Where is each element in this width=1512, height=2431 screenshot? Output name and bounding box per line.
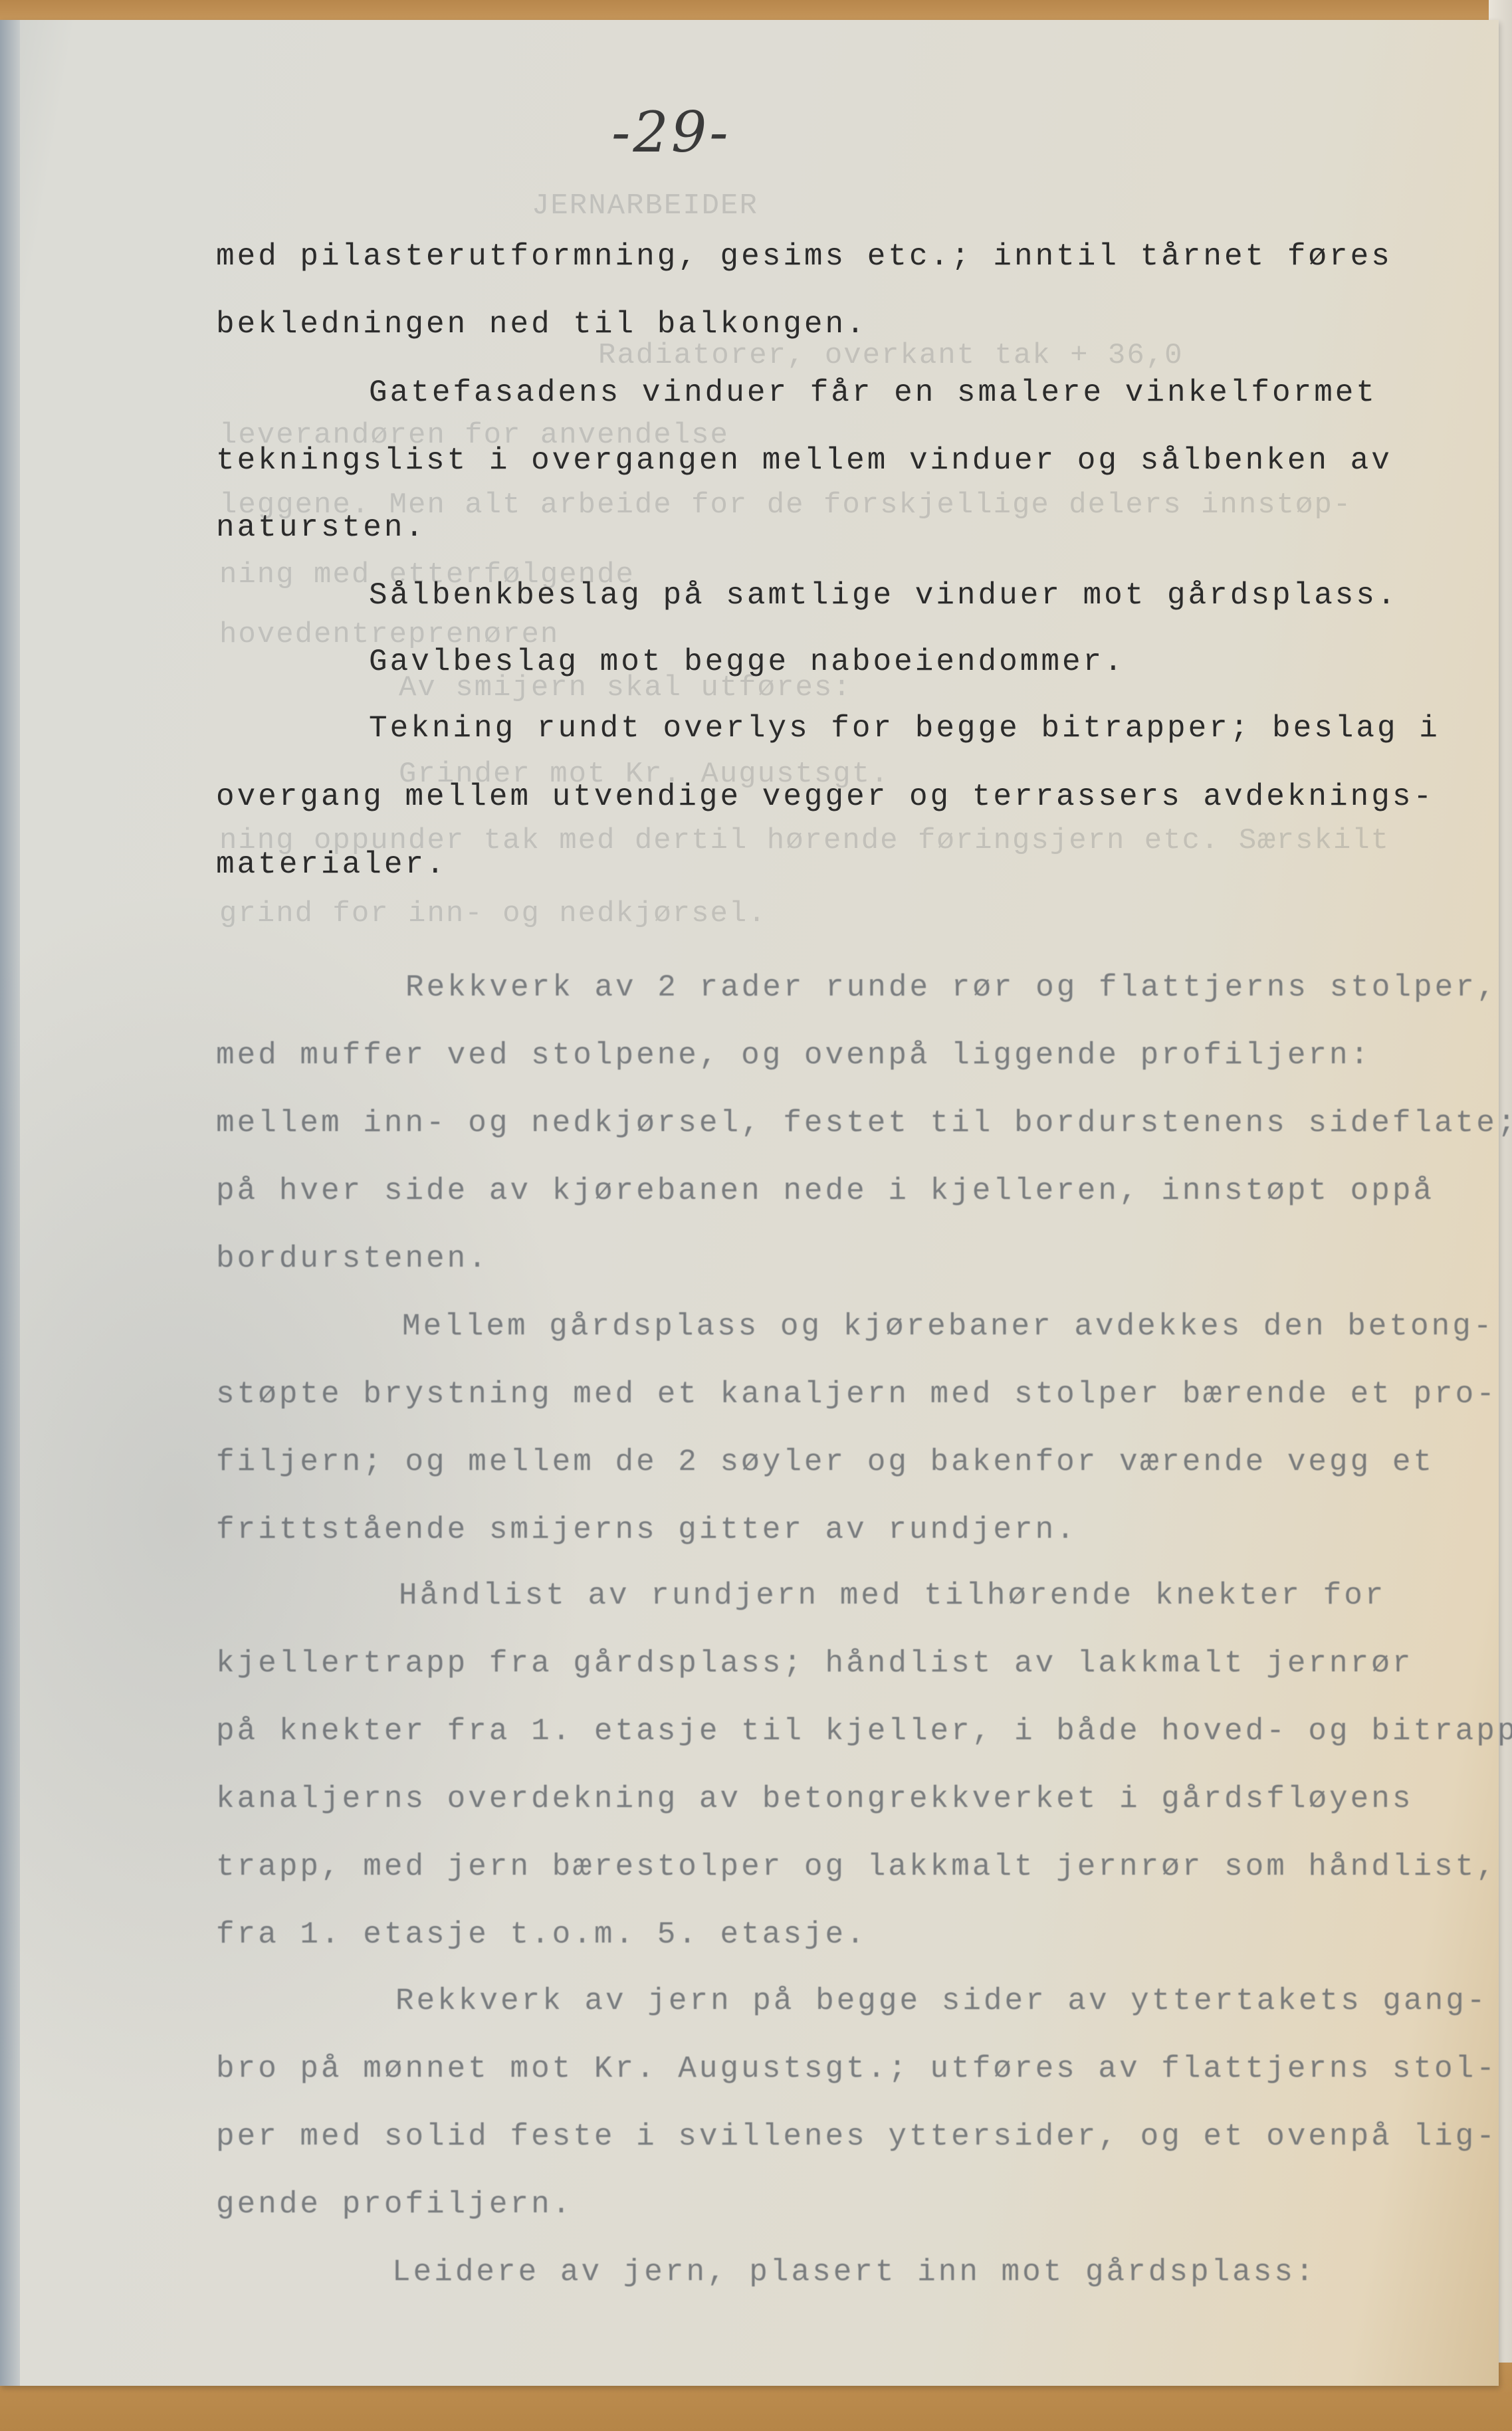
bleed-through-line: grind for inn- og nedkjørsel. xyxy=(219,897,767,930)
bleed-through-line: Radiatorer, overkant tak + 36,0 xyxy=(598,339,1184,372)
bleed-through-line: JERNARBEIDER xyxy=(532,189,758,223)
bleed-through-line: ning oppunder tak med dertil hørende før… xyxy=(219,824,1390,857)
text-line: bro på mønnet mot Kr. Augustsgt.; utføre… xyxy=(216,2052,1497,2086)
text-line: bekledningen ned til balkongen. xyxy=(216,307,867,342)
text-line: per med solid feste i svillenes yttersid… xyxy=(216,2119,1497,2154)
typewritten-page: JERNARBEIDER Radiatorer, overkant tak + … xyxy=(0,20,1499,2386)
text-line: overgang mellem utvendige vegger og terr… xyxy=(216,780,1434,814)
text-line: på knekter fra 1. etasje til kjeller, i … xyxy=(216,1714,1512,1748)
text-line: frittstående smijerns gitter av rundjern… xyxy=(216,1513,1077,1547)
text-line: Gavlbeslag mot begge naboeiendommer. xyxy=(369,645,1125,679)
page-number: -29- xyxy=(611,100,731,165)
text-line: fra 1. etasje t.o.m. 5. etasje. xyxy=(216,1917,867,1952)
text-line: kjellertrapp fra gårdsplass; håndlist av… xyxy=(216,1646,1413,1681)
text-line: gende profiljern. xyxy=(216,2187,573,2222)
text-line: mellem inn- og nedkjørsel, festet til bo… xyxy=(216,1106,1512,1140)
text-line: med muffer ved stolpene, og ovenpå ligge… xyxy=(216,1038,1371,1073)
text-line: bordurstenen. xyxy=(216,1241,489,1276)
text-line: kanaljerns overdekning av betongrekkverk… xyxy=(216,1782,1413,1816)
text-line: tekningslist i overgangen mellem vinduer… xyxy=(216,443,1392,478)
text-line: natursten. xyxy=(216,510,426,545)
text-line: Rekkverk av jern på begge sider av ytter… xyxy=(395,1984,1487,2018)
text-line: med pilasterutformning, gesims etc.; inn… xyxy=(216,239,1392,274)
text-line: trapp, med jern bærestolper og lakkmalt … xyxy=(216,1850,1497,1884)
text-line: Tekning rundt overlys for begge bitrappe… xyxy=(369,711,1440,746)
text-line: Gatefasadens vinduer får en smalere vink… xyxy=(369,375,1377,410)
text-line: Håndlist av rundjern med tilhørende knek… xyxy=(399,1578,1386,1613)
text-line: filjern; og mellem de 2 søyler og bakenf… xyxy=(216,1445,1434,1479)
text-line: Sålbenkbeslag på samtlige vinduer mot gå… xyxy=(369,578,1398,613)
text-line: Rekkverk av 2 rader runde rør og flattje… xyxy=(405,970,1497,1005)
text-line: støpte brystning med et kanaljern med st… xyxy=(216,1377,1497,1412)
text-line: Leidere av jern, plasert inn mot gårdspl… xyxy=(392,2255,1317,2289)
text-line: Mellem gårdsplass og kjørebaner avdekkes… xyxy=(402,1309,1494,1344)
text-line: på hver side av kjørebanen nede i kjelle… xyxy=(216,1174,1434,1208)
